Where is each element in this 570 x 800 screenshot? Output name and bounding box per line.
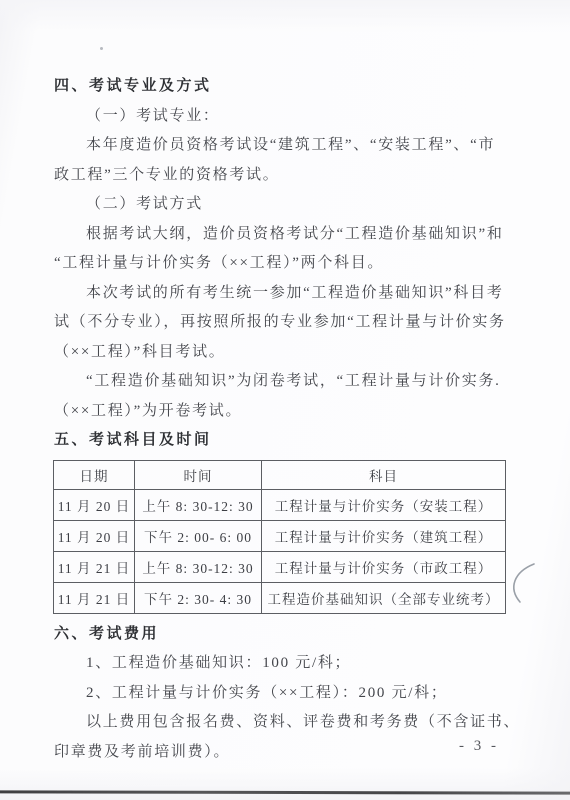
body-line: 试（不分专业），再按照所报的专业参加“工程计量与计价实务 <box>54 308 517 338</box>
cell-subject: 工程计量与计价实务（安装工程） <box>262 489 506 520</box>
column-header-subject: 科目 <box>262 460 506 489</box>
cell-date: 11 月 20 日 <box>54 489 135 520</box>
body-line: “工程造价基础知识”为闭卷考试，“工程计量与计价实务. <box>54 367 517 397</box>
fee-line: 2、工程计量与计价实务（××工程）：200 元/科； <box>54 679 517 709</box>
body-line: 本次考试的所有考生统一参加“工程造价基础知识”科目考 <box>54 279 517 309</box>
body-line: （××工程）”为开卷考试。 <box>54 397 517 427</box>
body-line: （××工程）”科目考试。 <box>54 338 517 368</box>
body-line: 本年度造价员资格考试设“建筑工程”、“安装工程”、“市 <box>54 131 517 161</box>
cell-date: 11 月 21 日 <box>54 551 135 582</box>
body-line: 政工程”三个专业的资格考试。 <box>54 161 517 191</box>
cell-date: 11 月 20 日 <box>54 520 135 551</box>
cell-subject: 工程计量与计价实务（市政工程） <box>262 551 506 582</box>
page-number: - 3 - <box>434 738 524 755</box>
cell-time: 上午 8: 30-12: 30 <box>135 551 262 582</box>
cell-time: 下午 2: 30- 4: 30 <box>135 582 262 613</box>
cell-subject: 工程计量与计价实务（建筑工程） <box>262 520 506 551</box>
exam-schedule-table: 日期 时间 科目 11 月 20 日 上午 8: 30-12: 30 工程计量与… <box>53 460 506 614</box>
column-header-time: 时间 <box>135 460 262 489</box>
scanned-document-page: 四、考试专业及方式 （一）考试专业： 本年度造价员资格考试设“建筑工程”、“安装… <box>0 0 570 800</box>
table-row: 11 月 20 日 下午 2: 00- 6: 00 工程计量与计价实务（建筑工程… <box>54 520 506 551</box>
scan-curve-mark <box>504 560 540 608</box>
body-line: 根据考试大纲，造价员资格考试分“工程造价基础知识”和 <box>54 220 517 250</box>
column-header-date: 日期 <box>54 460 135 489</box>
body-line: 以上费用包含报名费、资料、评卷费和考务费（不含证书、 <box>54 708 517 738</box>
section-heading-6: 六、考试费用 <box>54 620 517 650</box>
paper-bottom-edge <box>0 790 570 794</box>
body-line: “工程计量与计价实务（××工程）”两个科目。 <box>54 249 517 279</box>
subsection-title: （一）考试专业： <box>54 102 517 132</box>
subsection-title: （二）考试方式 <box>54 190 517 220</box>
cell-time: 下午 2: 00- 6: 00 <box>135 520 262 551</box>
cell-time: 上午 8: 30-12: 30 <box>135 489 262 520</box>
section-heading-4: 四、考试专业及方式 <box>54 72 517 102</box>
table-row: 11 月 20 日 上午 8: 30-12: 30 工程计量与计价实务（安装工程… <box>54 489 506 520</box>
table-row: 11 月 21 日 下午 2: 30- 4: 30 工程造价基础知识（全部专业统… <box>54 582 506 613</box>
scan-speck <box>100 47 103 50</box>
section-heading-5: 五、考试科目及时间 <box>54 426 517 456</box>
table-header-row: 日期 时间 科目 <box>54 460 506 489</box>
cell-date: 11 月 21 日 <box>54 582 135 613</box>
fee-line: 1、工程造价基础知识：100 元/科； <box>54 649 517 679</box>
table-row: 11 月 21 日 上午 8: 30-12: 30 工程计量与计价实务（市政工程… <box>54 551 506 582</box>
cell-subject: 工程造价基础知识（全部专业统考） <box>262 582 506 613</box>
document-body: 四、考试专业及方式 （一）考试专业： 本年度造价员资格考试设“建筑工程”、“安装… <box>54 72 517 767</box>
